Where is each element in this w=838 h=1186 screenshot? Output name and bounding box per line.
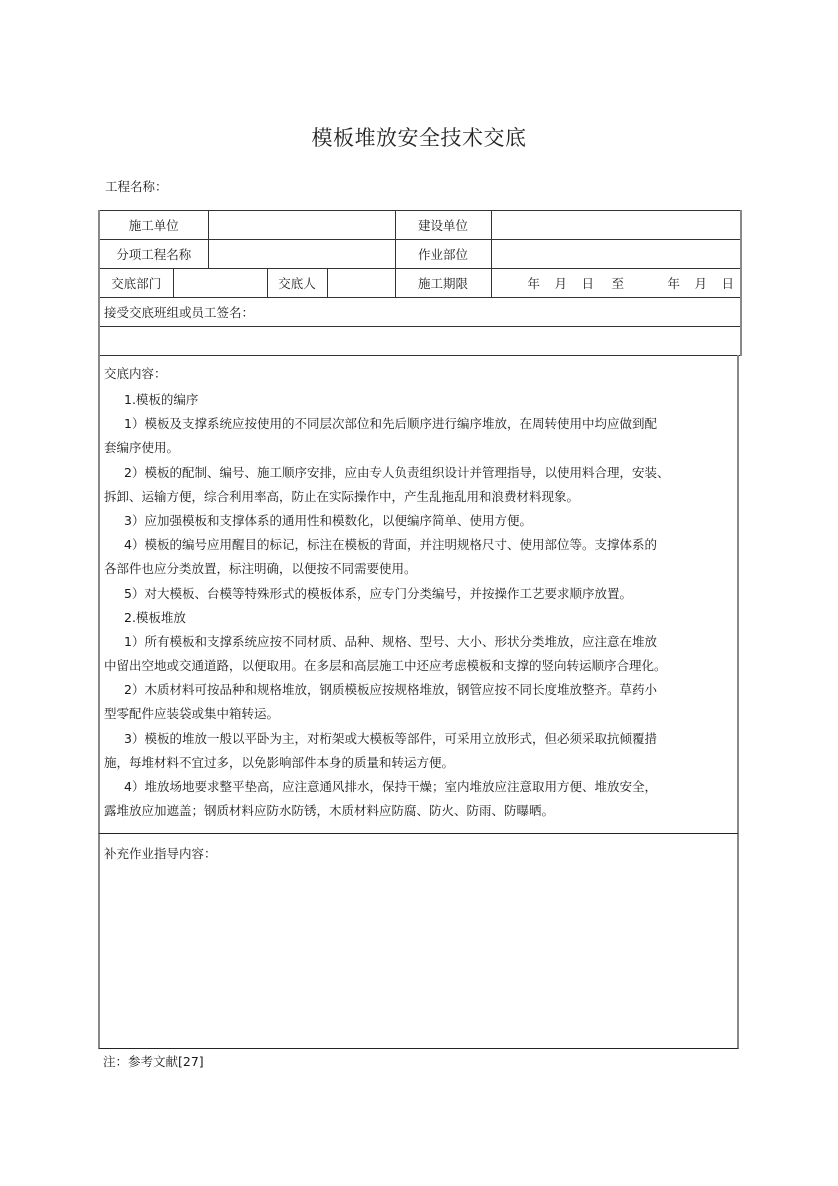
content-line: 2.模板堆放 (104, 606, 704, 630)
construction-unit-field[interactable] (208, 211, 395, 240)
table-row: 施工单位 建设单位 (99, 211, 741, 240)
supplementary-guidance-section[interactable]: 补充作业指导内容： (98, 834, 739, 1049)
briefer-label: 交底人 (267, 269, 327, 298)
briefing-content-body: 1.模板的编序 1）模板及支撑系统应按使用的不同层次部位和先后顺序进行编序堆放，… (104, 388, 704, 823)
sub-project-field[interactable] (208, 240, 395, 269)
content-line: 型零配件应装袋或集中箱转运。 (104, 702, 704, 726)
table-row: 交底部门 交底人 施工期限 年月日至年月日 (99, 269, 741, 298)
content-line: 2）木质材料可按品种和规格堆放，钢质模板应按规格堆放，钢管应按不同长度堆放整齐。… (104, 678, 704, 702)
content-line: 1.模板的编序 (104, 388, 704, 412)
period-end-day: 日 (722, 274, 735, 292)
content-line: 拆卸、运输方便，综合利用率高，防止在实际操作中，产生乱拖乱用和浪费材料现象。 (104, 485, 704, 509)
content-line: 施，每堆材料不宜过多，以免影响部件本身的质量和转运方便。 (104, 751, 704, 775)
content-line: 3）应加强模板和支撑体系的通用性和模数化，以便编序简单、使用方便。 (104, 509, 704, 533)
briefing-content-section: 交底内容： 1.模板的编序 1）模板及支撑系统应按使用的不同层次部位和先后顺序进… (98, 355, 739, 834)
project-name-label: 工程名称： (105, 177, 168, 195)
period-to: 至 (612, 274, 668, 292)
period-start-year: 年 (528, 274, 555, 292)
info-table: 施工单位 建设单位 分项工程名称 作业部位 交底部门 交底人 施工期限 年月日至… (98, 210, 742, 356)
period-end-month: 月 (695, 274, 722, 292)
briefing-dept-label: 交底部门 (99, 269, 173, 298)
signature-label: 接受交底班组或员工签名： (99, 298, 741, 327)
period-label: 施工期限 (395, 269, 491, 298)
work-location-label: 作业部位 (395, 240, 491, 269)
content-line: 套编序使用。 (104, 436, 704, 460)
content-line: 1）模板及支撑系统应按使用的不同层次部位和先后顺序进行编序堆放，在周转使用中均应… (104, 412, 704, 436)
construction-unit-label: 施工单位 (99, 211, 208, 240)
page-title: 模板堆放安全技术交底 (0, 122, 838, 152)
content-line: 4）堆放场地要求整平垫高，应注意通风排水，保持干燥；室内堆放应注意取用方便、堆放… (104, 775, 704, 799)
owner-unit-label: 建设单位 (395, 211, 491, 240)
content-line: 4）模板的编号应用醒目的标记，标注在模板的背面，并注明规格尺寸、使用部位等。支撑… (104, 533, 704, 557)
content-line: 5）对大模板、台模等特殊形式的模板体系，应专门分类编号，并按操作工艺要求顺序放置… (104, 582, 704, 606)
content-line: 1）所有模板和支撑系统应按不同材质、品种、规格、型号、大小、形状分类堆放，应注意… (104, 630, 704, 654)
content-line: 露堆放应加遮盖；钢质材料应防水防锈，木质材料应防腐、防火、防雨、防曝晒。 (104, 799, 704, 823)
supplementary-guidance-label: 补充作业指导内容： (104, 844, 217, 862)
owner-unit-field[interactable] (491, 211, 741, 240)
period-end-year: 年 (668, 274, 695, 292)
briefing-dept-field[interactable] (173, 269, 267, 298)
sub-project-label: 分项工程名称 (99, 240, 208, 269)
period-start-day: 日 (582, 274, 612, 292)
content-line: 2）模板的配制、编号、施工顺序安排，应由专人负责组织设计并管理指导，以使用料合理… (104, 461, 704, 485)
table-row (99, 327, 741, 356)
content-line: 3）模板的堆放一般以平卧为主，对桁架或大模板等部件，可采用立放形式，但必须采取抗… (104, 727, 704, 751)
content-line: 中留出空地或交通道路，以便取用。在多层和高层施工中还应考虑模板和支撑的竖向转运顺… (104, 654, 704, 678)
content-line: 各部件也应分类放置，标注明确，以便按不同需要使用。 (104, 557, 704, 581)
table-row: 分项工程名称 作业部位 (99, 240, 741, 269)
period-start-month: 月 (555, 274, 582, 292)
briefer-field[interactable] (327, 269, 395, 298)
briefing-content-label: 交底内容： (104, 364, 167, 382)
table-row: 接受交底班组或员工签名： (99, 298, 741, 327)
period-field[interactable]: 年月日至年月日 (491, 269, 741, 298)
signature-field[interactable] (99, 327, 741, 356)
work-location-field[interactable] (491, 240, 741, 269)
reference-note: 注：参考文献[27] (103, 1052, 204, 1070)
